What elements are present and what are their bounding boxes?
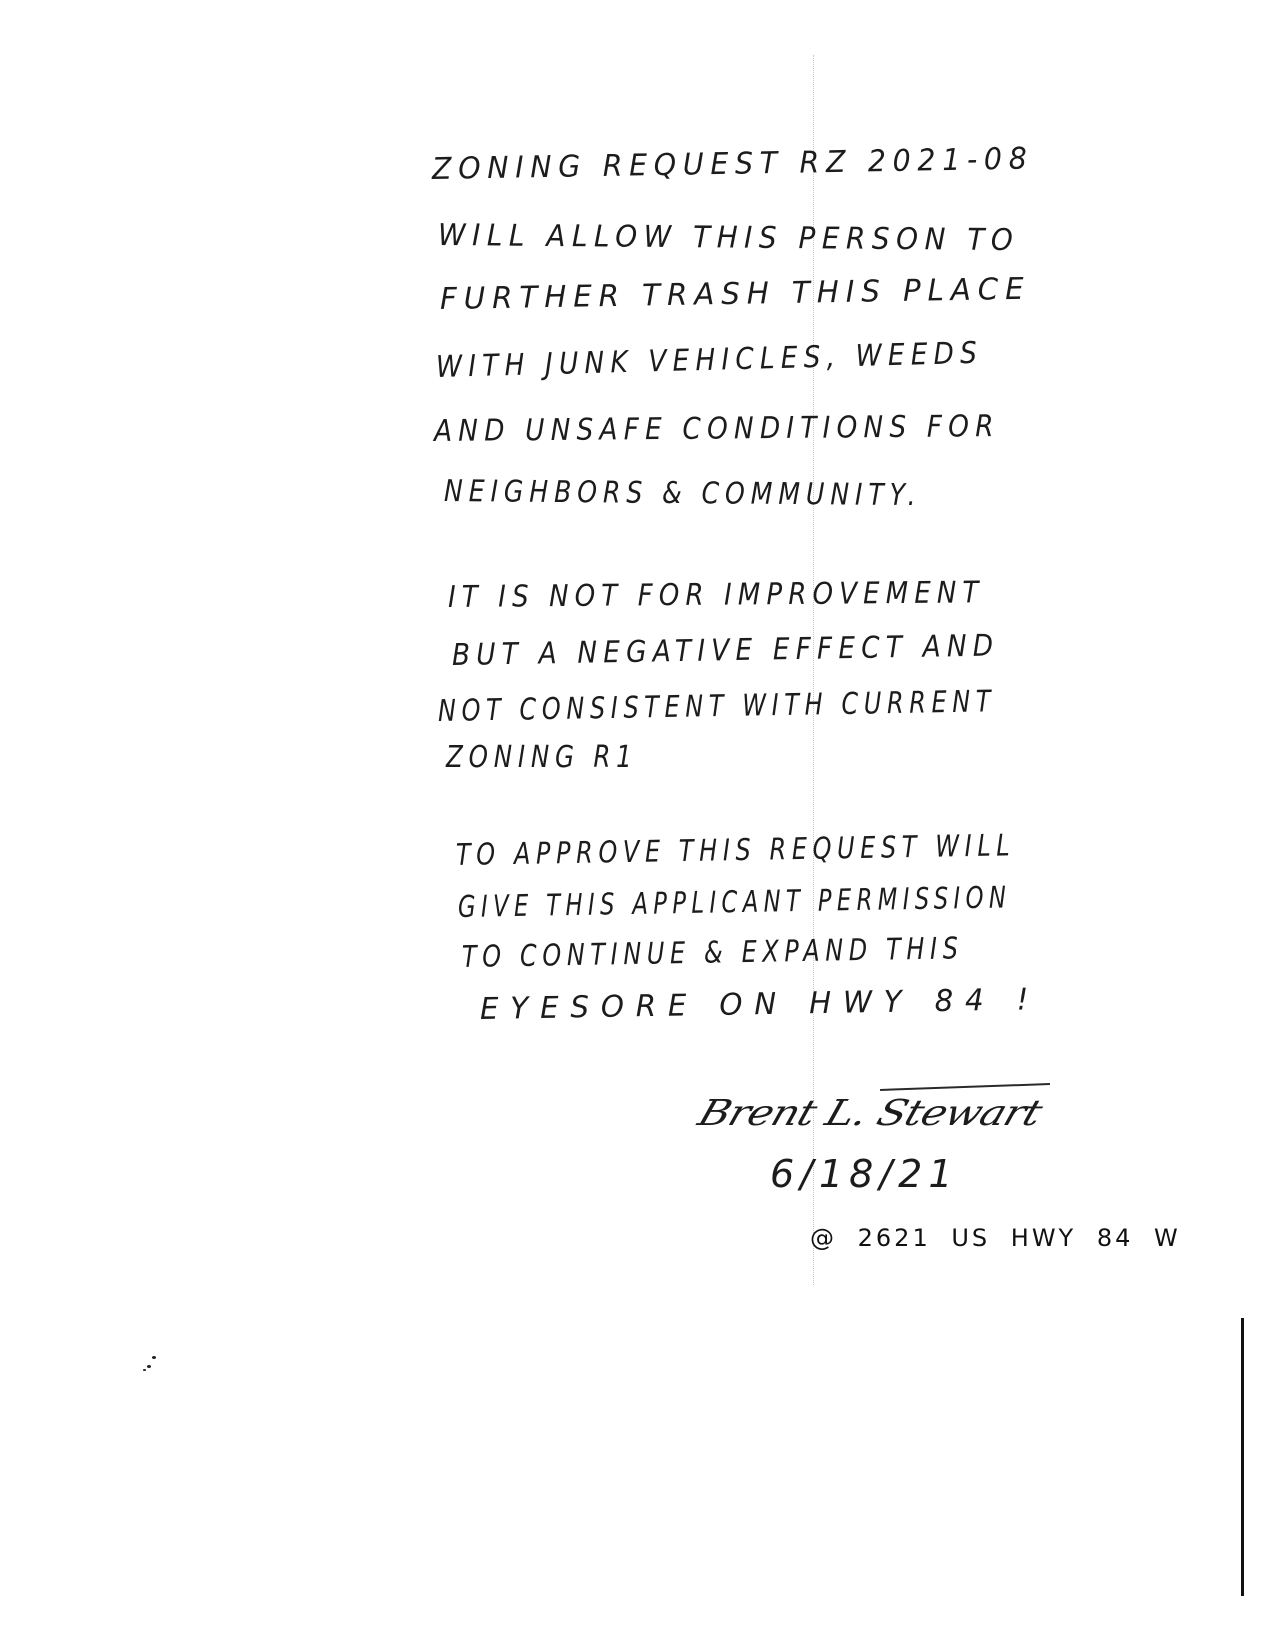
letter-line: WILL ALLOW THIS PERSON TO	[438, 218, 1020, 258]
signature-date: 6/18/21	[770, 1152, 959, 1196]
letter-line: BUT A NEGATIVE EFFECT AND	[452, 628, 1000, 673]
letter-line: IT IS NOT FOR IMPROVEMENT	[448, 575, 985, 615]
letter-line: TO APPROVE THIS REQUEST WILL	[456, 828, 1016, 873]
letter-line: NOT CONSISTENT WITH CURRENT	[438, 684, 997, 729]
letter-line: WITH JUNK VEHICLES, WEEDS	[436, 336, 984, 385]
letter-line: GIVE THIS APPLICANT PERMISSION	[458, 880, 1012, 925]
letter-line: TO CONTINUE & EXPAND THIS	[462, 931, 964, 975]
letter-line: NEIGHBORS & COMMUNITY.	[444, 474, 922, 513]
letter-line: ZONING REQUEST RZ 2021-08	[432, 142, 1034, 187]
letter-line: AND UNSAFE CONDITIONS FOR	[434, 409, 1000, 449]
letter-line: EYESORE ON HWY 84 !	[480, 982, 1041, 1027]
letter-body: ZONING REQUEST RZ 2021-08 WILL ALLOW THI…	[0, 0, 1275, 1651]
signature-flourish	[880, 1083, 1050, 1091]
signer-address: @ 2621 US HWY 84 W	[810, 1224, 1181, 1252]
scanned-letter-page: ZONING REQUEST RZ 2021-08 WILL ALLOW THI…	[0, 0, 1275, 1651]
letter-line: ZONING R1	[446, 740, 638, 775]
letter-line: FURTHER TRASH THIS PLACE	[440, 272, 1031, 317]
signature: Brent L. Stewart	[693, 1092, 1047, 1134]
